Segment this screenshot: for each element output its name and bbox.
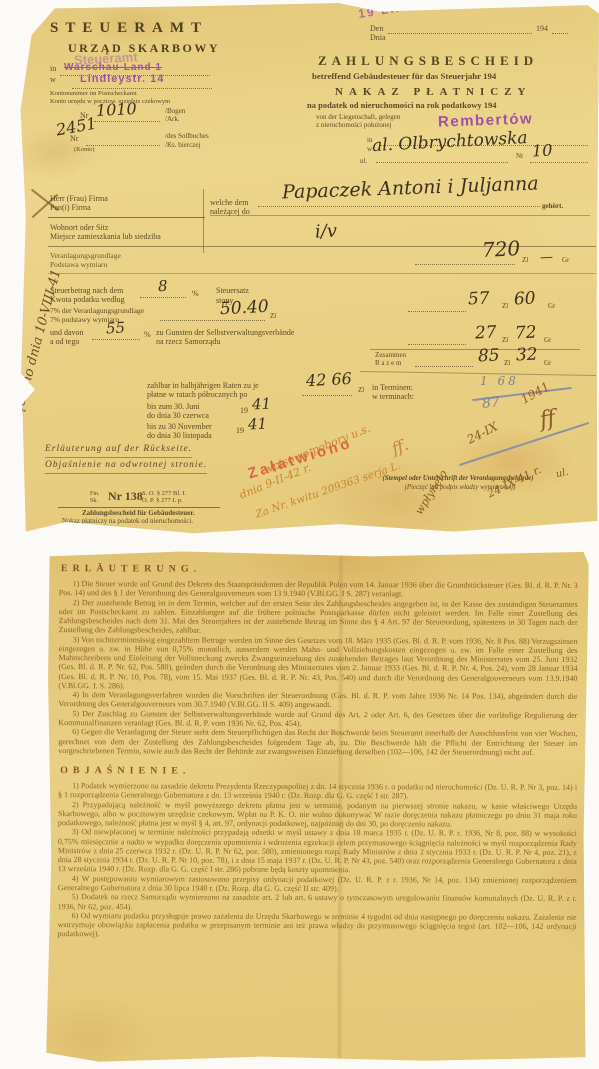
zl-label: Zl [502,337,508,344]
sheet-number-handwritten: 1010 [96,101,138,119]
house-number-handwritten: 10 [532,142,553,159]
erlauterung-paragraph-5: 5) Der Zuschlag zu Gunsten der Selbstver… [58,709,577,729]
zl-label: Zl [522,257,528,264]
belongs-suffix: gehört. [542,203,563,210]
dotted-line [302,394,352,396]
tax-amount-zl-handwritten: 57 [468,290,491,308]
base-label-de: Veranlagungsgrundlage [50,252,121,260]
property-label-pl: z nieruchomości położonej [316,122,391,129]
sheet-label-pl: /Ark. [165,116,180,123]
dotted-line [415,365,473,367]
percent-sign: % [144,331,151,339]
term1-year-prefix: 19 [240,407,248,415]
footer-ref2: O. P. § 277 I. p. [142,498,183,505]
dnia-label: Dnia [370,34,386,42]
objasnienie-heading: OBJAŚNIENIE. [60,765,577,778]
account-note-de: Kontonummer im Postscheckamt [50,91,137,98]
dotted-line [94,120,160,122]
rule-line [48,217,205,218]
total-label-pl: R a z e m [375,360,401,367]
dotted-line [160,319,265,321]
percent-sign: % [192,290,199,298]
dotted-line [530,161,588,163]
dotted-line [408,343,466,345]
erlauterung-paragraph-6: 6) Gegen die Veranlagung der Steuer steh… [58,727,577,757]
document-subtitle-de: betreffend Gebäudesteuer für das Steuerj… [312,72,496,81]
signature-caption-pl: (Pieczęć lub podpis władzy wymiarowej) [320,484,599,491]
rule-line [360,371,596,376]
footer-fin-label: Fin. [90,491,100,497]
office-title-de: STEUERAMT [50,21,208,37]
year-prefix: 194 [536,25,548,33]
dotted-line [258,205,540,207]
base-label-pl: Podstawa wymiaru [50,261,107,269]
gr-label: Gr [562,257,569,264]
term2-label-pl: do dnia 30 listopada [147,432,212,440]
zl-label: Zl [270,313,276,320]
term2-year-prefix: 19 [236,427,244,435]
nr-label: Nr [70,135,78,143]
tax-alt-label-de: 7% der Veranlagungsgrundlage [50,307,144,315]
document-title-pl: NAKAZ PŁATNICZY [335,87,531,99]
dotted-line [376,161,508,163]
dotted-line [388,32,532,34]
gr-label: Gr [544,360,551,367]
footer-caption-pl: Nakaz płatniczy na podatek od nieruchomo… [62,518,193,525]
municipal-amount-zl-handwritten: 27 [475,324,498,342]
tax-alt-value-handwritten: 50.40 [220,299,269,319]
pencil-date-note: 24-IX [465,420,500,445]
column-divider [203,189,204,253]
erlauterung-paragraph-4: 4) In dem Veranlagungsverfahren wurden d… [58,690,577,710]
term2-year-handwritten: 41 [248,417,268,433]
backside-note-de: Erläuterung auf der Rückseite. [45,445,192,458]
owner-label-pl: Pan(i) Firma [50,204,91,212]
backside-note-pl: Objaśnienie na odwrotnej stronie. [45,461,207,474]
objasnienie-paragraph-2: 2) Przypadającą należność w myśl powyższ… [58,800,577,830]
crossed-location-stamp: Warschau-Land 1 [64,63,162,73]
tax-rate-label-de: Steuersatz [216,287,249,295]
form-number: Nr 138 [108,490,143,503]
residence-value-handwritten: i/v [315,222,338,241]
handwritten-paraph: ff [538,408,557,432]
pencil-note-amount2: 87 [481,395,500,411]
in-terms-label-pl: w terminach: [372,393,414,401]
explanation-back: ERLÄUTERUNG. 1) Die Steuer wurde auf Gru… [45,550,589,1065]
place-stamp: Rembertów [438,111,534,129]
ledger-label-de: /des Sollbuches [165,133,209,140]
in-label: in [50,65,56,73]
dotted-line [408,310,466,312]
orange-note-line1: wpisowo pobory u.s. [262,423,372,476]
objasnienie-paragraph-6: 6) Od wymiaru podatku przysługuje prawo … [58,911,577,941]
municipal-rate-handwritten: 55 [106,321,126,337]
document-subtitle-pl: na podatek od nieruchomości na rok podat… [307,101,496,110]
municipal-label2-pl: na rzecz Samorządu [156,338,220,346]
tax-label-pl: Kwota podatku według [50,296,125,304]
erlauterung-paragraph-3: 3) Von nichtterminmässig eingezahltem Be… [58,635,577,692]
sum-line [370,349,580,350]
base-value-handwritten: 720 [482,238,521,260]
ledger-label-pl: /Ks. bierczej [165,142,200,149]
konto-label: (Konto) [74,147,95,154]
erlauterung-paragraph-2: 2) Der zustehende Betrag ist in dem Term… [59,598,578,637]
tax-rate-handwritten: 8 [158,279,168,294]
zl-label: Zl [504,360,510,367]
erlauterung-paragraph-1: 1) Die Steuer wurde auf Grund des Dekret… [59,579,578,599]
pencil-year-note: 1941 [519,380,551,406]
total-gr-handwritten: 32 [516,346,539,364]
document-title-de: ZAHLUNGSBESCHEID [318,54,538,68]
pencil-note-amount: 1 68 [480,375,519,387]
dotted-line [92,338,140,340]
residence-label-pl: Miejsce zamieszkania lub siedziba [50,233,161,241]
explanation-text-block: ERLÄUTERUNG. 1) Die Steuer wurde auf Gru… [46,550,589,940]
ul-label: ul. [360,158,367,165]
erlauterung-heading: ERLÄUTERUNG. [61,563,578,576]
scanned-tax-document: { "colors": { "paper": "#e9d184", "ink":… [0,0,599,1069]
objasnienie-paragraph-3: 3) Od niewpłaconej w terminie należności… [58,827,577,875]
objasnienie-paragraph-1: 1) Podatek wymierzono na zasadzie dekret… [58,781,577,801]
term1-label-pl: do dnia 30 czerwca [147,412,209,420]
dotted-line [86,144,160,146]
dotted-line [415,263,515,265]
municipal-amount-gr-handwritten: 72 [515,324,538,342]
gr-label: Gr [544,337,551,344]
objasnienie-paragraph-5: 5) Dodatek na rzecz Samorządu wymierzono… [58,892,577,912]
dotted-line [140,296,186,298]
rule-line [210,215,590,216]
dotted-line [552,32,568,34]
total-zl-handwritten: 85 [478,347,501,365]
owner-name-handwritten: Papaczek Antoni i Juljanna [282,175,539,203]
delivery-margin-note: Doręczono dnia 10-VIII-41 [6,268,63,438]
rule-line [48,273,596,274]
dotted-line [72,87,212,89]
orange-paraph: ff. [390,437,411,458]
zl-label: Zl [502,303,508,310]
footer-sk-label: Sk. [90,498,98,504]
term1-year-handwritten: 41 [252,397,272,413]
tax-amount-gr-handwritten: 60 [514,290,537,308]
rule-line [58,507,220,508]
w-label: w [50,76,56,84]
installment-amount-handwritten: 42 66 [306,371,353,389]
date-received-stamp: 19 LIP. 4 [357,0,423,20]
objasnienie-paragraph-4: 4) W postępowaniu wymiarowym zastosowano… [58,874,577,894]
house-nr-label: Nr [516,153,523,160]
municipal-label-pl: a od tego [50,338,79,346]
payment-order-front: STEUERAMT URZĄD SKARBOWY Steueramt in Wa… [20,3,599,537]
gr-label: Gr [548,303,555,310]
street-address-stamp: Lindleystr. 14 [80,74,164,85]
base-gr-handwritten: — [540,251,554,265]
installment-label-pl: płatne w ratach półrocznych po [147,391,247,399]
street-handwritten: al. Olbrychtowska [372,130,528,155]
zl-label: Zl [358,387,364,394]
